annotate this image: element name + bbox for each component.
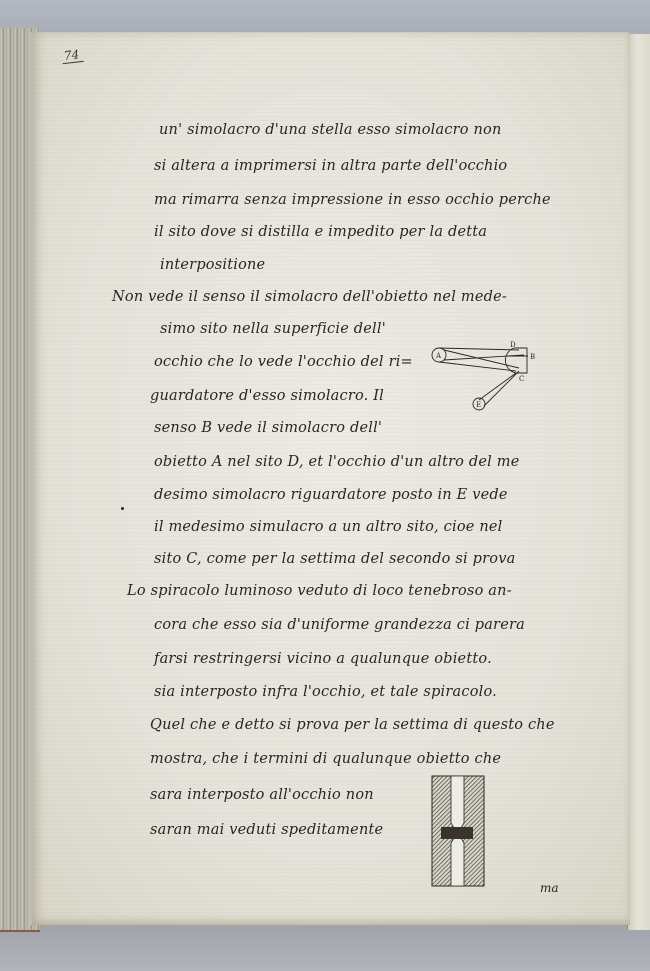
text-line-3: ma rimarra senza impressione in esso occ… bbox=[154, 192, 551, 208]
text-line-10: senso B vede il simolacro dell' bbox=[154, 420, 382, 436]
diagram-label-d: D bbox=[510, 341, 516, 349]
diagram-label-e: E bbox=[476, 401, 481, 409]
text-line-8: occhio che lo vede l'occhio del ri= bbox=[154, 354, 413, 370]
text-line-4: il sito dove si distilla e impedito per … bbox=[154, 224, 487, 240]
text-line-16: cora che esso sia d'uniforme grandezza c… bbox=[154, 617, 525, 633]
text-line-12: desimo simolacro riguardatore posto in E… bbox=[154, 487, 508, 503]
text-line-6: Non vede il senso il simolacro dell'obie… bbox=[112, 289, 507, 305]
ink-dot bbox=[121, 507, 124, 510]
text-line-20: mostra, che i termini di qualunque obiet… bbox=[150, 751, 501, 767]
folio-number: 74 bbox=[61, 47, 84, 64]
text-line-18: sia interposto infra l'occhio, et tale s… bbox=[154, 684, 497, 700]
text-line-2: si altera a imprimersi in altra parte de… bbox=[154, 158, 507, 174]
diagram-label-c: C bbox=[519, 375, 524, 383]
text-line-17: farsi restringersi vicino a qualunque ob… bbox=[154, 651, 492, 667]
backdrop-bottom bbox=[0, 925, 650, 971]
text-line-13: il medesimo simulacro a un altro sito, c… bbox=[154, 519, 503, 535]
catchword: ma bbox=[540, 881, 559, 895]
text-line-11: obietto A nel sito D, et l'occhio d'un a… bbox=[154, 454, 520, 470]
text-line-1: un' simolacro d'una stella esso simolacr… bbox=[159, 122, 502, 138]
manuscript-page: 74 un' simolacro d'una stella esso simol… bbox=[30, 32, 630, 925]
right-page-edge bbox=[627, 34, 650, 930]
text-line-7: simo sito nella superficie dell' bbox=[160, 321, 386, 337]
text-line-15: Lo spiracolo luminoso veduto di loco ten… bbox=[127, 583, 512, 599]
text-line-19: Quel che e detto si prova per la settima… bbox=[150, 717, 555, 733]
text-line-5: interpositione bbox=[160, 257, 265, 273]
aperture-diagram bbox=[431, 775, 485, 887]
text-line-22: saran mai veduti speditamente bbox=[150, 822, 383, 838]
text-line-14: sito C, come per la settima del secondo … bbox=[154, 551, 515, 567]
text-line-9: guardatore d'esso simolacro. Il bbox=[150, 388, 384, 404]
text-line-21: sara interposto all'occhio non bbox=[150, 787, 374, 803]
diagram-label-b: B bbox=[530, 353, 535, 361]
eye-ray-diagram: A B C D E bbox=[424, 338, 554, 418]
diagram-label-a: A bbox=[435, 352, 442, 360]
